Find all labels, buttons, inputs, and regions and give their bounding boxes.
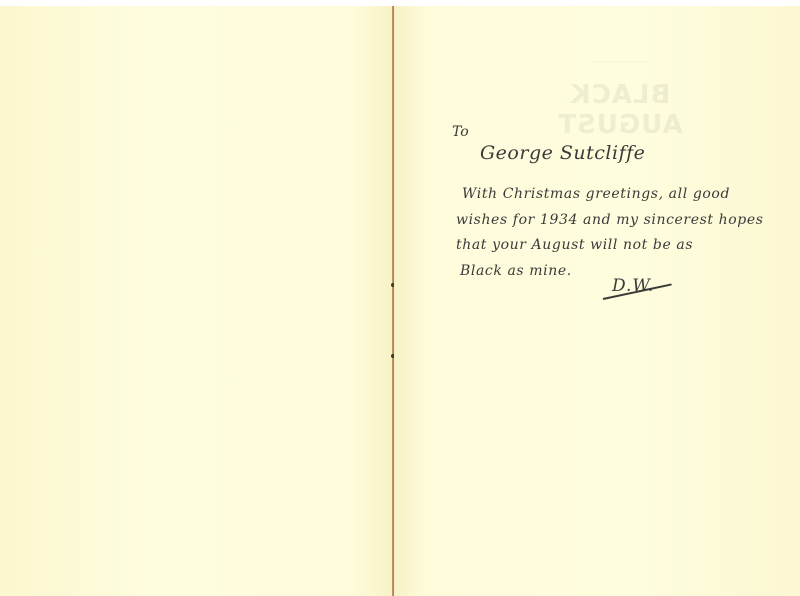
left-page [0, 6, 392, 596]
inscription-recipient: George Sutcliffe [480, 142, 645, 164]
inscription-salutation: To [452, 124, 469, 140]
book-spread: ——————— BLACK AUGUST —————— To George Su… [0, 6, 800, 596]
inscription-line: that your August will not be as [456, 237, 693, 253]
showthrough-print: ——————— BLACK AUGUST —————— [520, 51, 720, 155]
showthrough-title: BLACK AUGUST [520, 80, 720, 140]
inscription-line: wishes for 1934 and my sincerest hopes [456, 212, 764, 228]
inscription-line: With Christmas greetings, all good [462, 186, 730, 202]
showthrough-line: ——————— [520, 57, 720, 66]
inscription-line: Black as mine. [460, 263, 572, 279]
